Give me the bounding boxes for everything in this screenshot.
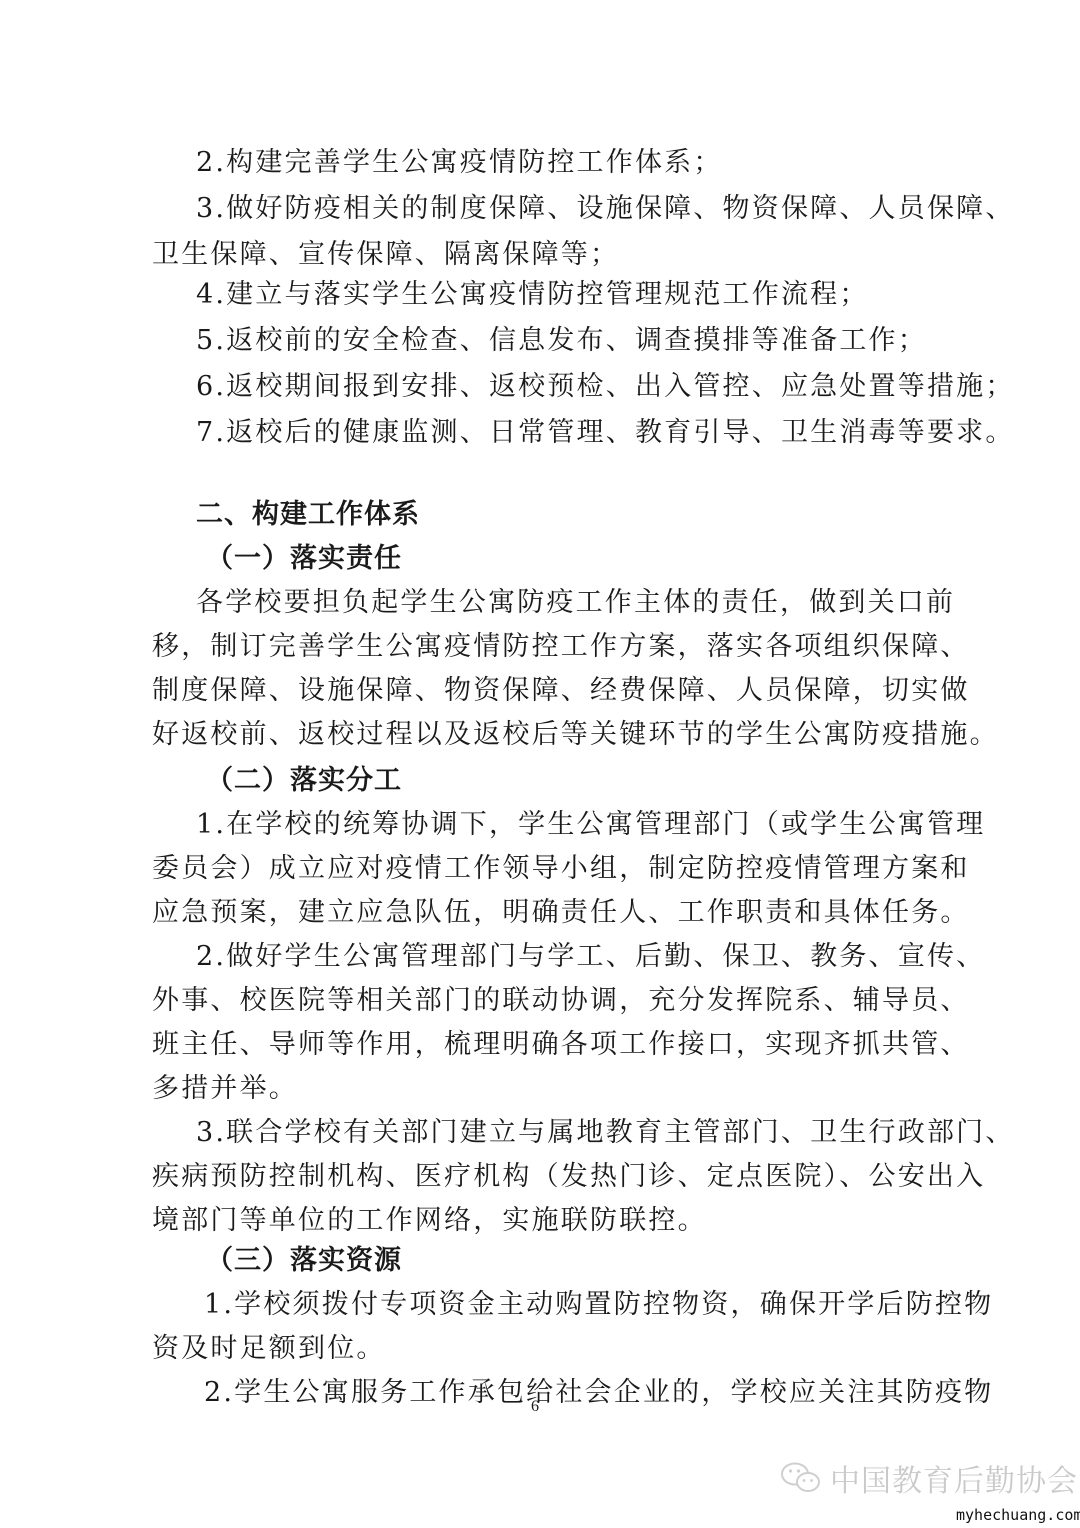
- paragraph-line: 2.学生公寓服务工作承包给社会企业的，学校应关注其防疫物: [204, 1370, 984, 1416]
- page-number: 6: [531, 1398, 539, 1416]
- paragraph-line: 1.学校须拨付专项资金主动购置防控物资，确保开学后防控物: [204, 1282, 984, 1328]
- paragraph-line: 移，制订完善学生公寓疫情防控工作方案，落实各项组织保障、: [152, 624, 932, 670]
- paragraph-line: 制度保障、设施保障、物资保障、经费保障、人员保障，切实做: [152, 668, 932, 714]
- paragraph-line: 1.在学校的统筹协调下，学生公寓管理部门（或学生公寓管理: [196, 802, 976, 848]
- site-watermark: myhechuang.com: [956, 1506, 1080, 1524]
- list-item: 5.返校前的安全检查、信息发布、调查摸排等准备工作；: [196, 318, 976, 364]
- list-item: 7.返校后的健康监测、日常管理、教育引导、卫生消毒等要求。: [196, 410, 976, 456]
- list-item: 4.建立与落实学生公寓疫情防控管理规范工作流程；: [196, 272, 976, 318]
- list-item: 2.构建完善学生公寓疫情防控工作体系；: [196, 140, 976, 186]
- watermark-text: 中国教育后勤协会: [830, 1456, 1078, 1500]
- paragraph-line: 班主任、导师等作用，梳理明确各项工作接口，实现齐抓共管、: [152, 1022, 932, 1068]
- paragraph-line: 外事、校医院等相关部门的联动协调，充分发挥院系、辅导员、: [152, 978, 932, 1024]
- paragraph-line: 多措并举。: [152, 1066, 932, 1112]
- watermark: 中国教育后勤协会: [780, 1456, 1078, 1500]
- paragraph-line: 2.做好学生公寓管理部门与学工、后勤、保卫、教务、宣传、: [196, 934, 976, 980]
- subsection-title: （二）落实分工: [206, 758, 986, 804]
- paragraph-line: 疾病预防控制机构、医疗机构（发热门诊、定点医院）、公安出入: [152, 1154, 932, 1200]
- subsection-title: （三）落实资源: [206, 1238, 986, 1284]
- document-page: 2.构建完善学生公寓疫情防控工作体系； 3.做好防疫相关的制度保障、设施保障、物…: [0, 0, 1080, 1528]
- list-item: 3.做好防疫相关的制度保障、设施保障、物资保障、人员保障、: [196, 186, 976, 232]
- list-item: 6.返校期间报到安排、返校预检、出入管控、应急处置等措施；: [196, 364, 976, 410]
- paragraph-line: 好返校前、返校过程以及返校后等关键环节的学生公寓防疫措施。: [152, 712, 932, 758]
- wechat-icon: [780, 1461, 822, 1495]
- paragraph-line: 应急预案，建立应急队伍，明确责任人、工作职责和具体任务。: [152, 890, 932, 936]
- paragraph-line: 各学校要担负起学生公寓防疫工作主体的责任，做到关口前: [196, 580, 976, 626]
- subsection-title: （一）落实责任: [206, 536, 986, 582]
- paragraph-line: 委员会）成立应对疫情工作领导小组，制定防控疫情管理方案和: [152, 846, 932, 892]
- section-title: 二、构建工作体系: [196, 492, 976, 538]
- paragraph-line: 资及时足额到位。: [152, 1326, 932, 1372]
- paragraph-line: 3.联合学校有关部门建立与属地教育主管部门、卫生行政部门、: [196, 1110, 976, 1156]
